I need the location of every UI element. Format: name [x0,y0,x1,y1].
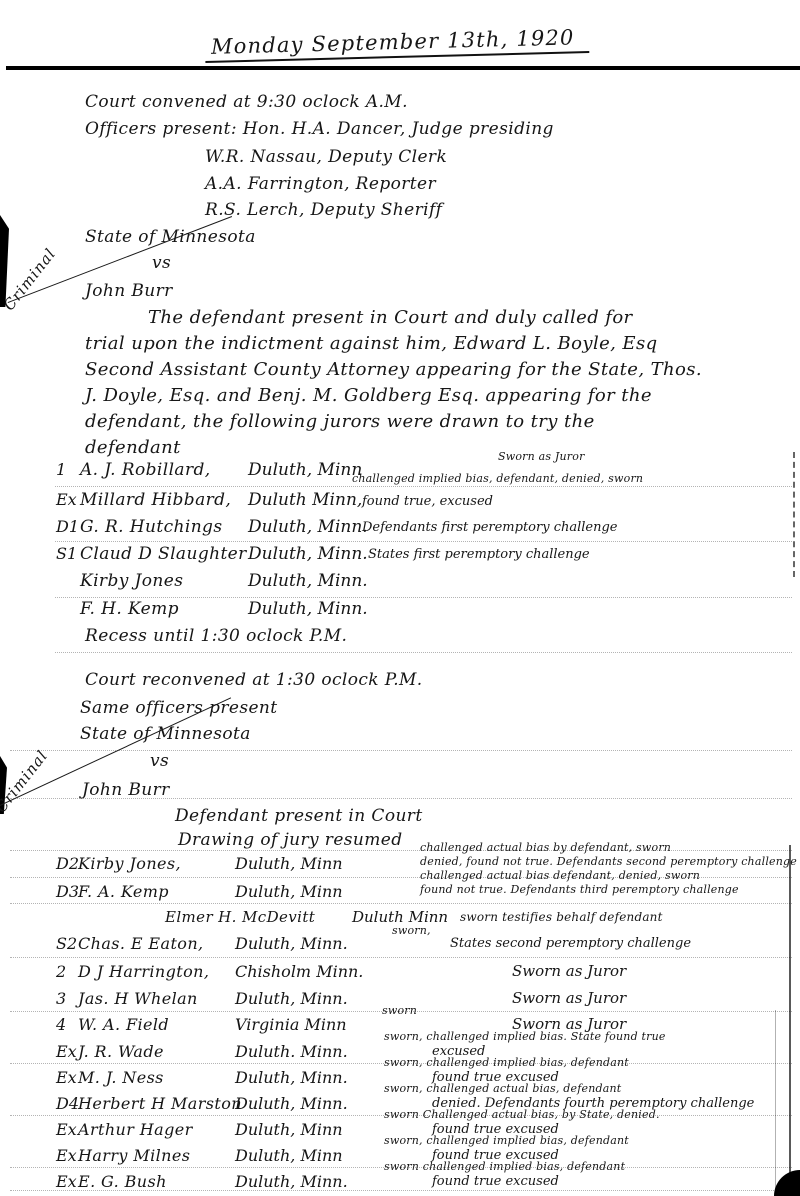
juror-city: Duluth. Minn. [235,1042,348,1061]
juror-city: Duluth, Minn. [235,1068,348,1087]
juror-row: D1 G. R. Hutchings Duluth, Minn. Defenda… [0,517,800,541]
juror-number: 3 [56,989,66,1008]
juror-city: Duluth, Minn. [248,599,368,619]
juror-name: Jas. H Whelan [78,989,198,1008]
juror-number: Ex [56,1120,77,1139]
juror-name: J. R. Wade [78,1042,164,1061]
juror-name: D J Harrington, [78,962,209,981]
paragraph-line: trial upon the indictment against him, E… [85,333,658,354]
ruled-line [55,652,792,653]
juror-city: Duluth, Minn [235,1120,343,1139]
juror-note-above: challenged actual bias defendant, denied… [420,869,700,882]
juror-row: 1 A. J. Robillard, Duluth, Minn Sworn as… [0,460,800,484]
juror-name: F. H. Kemp [80,599,179,619]
juror-row: S2 Chas. E Eaton, Duluth, Minn. sworn, S… [0,934,800,958]
margin-note-criminal-1: Criminal [0,245,59,314]
case-party-defendant: John Burr [85,281,173,301]
juror-city: Chisholm Minn. [235,962,363,981]
juror-name: Arthur Hager [78,1120,193,1139]
case-party-defendant: John Burr [82,780,170,800]
juror-city: Duluth, Minn. [248,544,368,564]
case-vs: vs [152,253,171,273]
juror-row: Kirby Jones Duluth, Minn. [0,571,800,595]
juror-note: Sworn as Juror [512,989,626,1007]
juror-row: 2 D J Harrington, Chisholm Minn. Sworn a… [0,962,800,986]
juror-name: F. A. Kemp [78,882,169,901]
ruled-line [55,486,792,487]
juror-number: Ex [56,1068,77,1087]
juror-note: found not true. Defendants third perempt… [420,883,739,896]
juror-number: Ex [56,1042,77,1061]
juror-name: E. G. Bush [78,1172,167,1191]
same-officers-line: Same officers present [80,698,278,718]
juror-number: D3 [56,882,79,901]
witness-note: sworn testifies behalf defendant [460,910,663,924]
juror-number: D4 [56,1094,79,1113]
juror-number: Ex [56,1172,77,1191]
juror-city: Duluth, Minn [248,460,362,480]
juror-row: S1 Claud D Slaughter Duluth, Minn. State… [0,544,800,568]
juror-row: Ex E. G. Bush Duluth, Minn. sworn challe… [0,1172,800,1196]
juror-name: G. R. Hutchings [80,517,222,537]
juror-note-above: sworn, challenged implied bias, defendan… [384,1056,629,1069]
ruled-line [10,850,792,851]
juror-name: Harry Milnes [78,1146,190,1165]
juror-city: Duluth Minn, [248,490,362,510]
page-top-rule [6,66,800,70]
officer-line: A.A. Farrington, Reporter [205,174,436,194]
juror-note-above: sworn [382,1004,417,1017]
juror-note: Defendants first peremptory challenge [362,520,618,535]
case-party-state: State of Minnesota [85,227,256,247]
court-reconvened-line: Court reconvened at 1:30 oclock P.M. [85,670,423,690]
date-heading: Monday September 13th, 1920 [205,25,589,63]
paragraph-line: The defendant present in Court and duly … [148,307,633,328]
juror-name: M. J. Ness [78,1068,164,1087]
scanned-court-minutes-page: Monday September 13th, 1920 Criminal Cri… [0,0,800,1196]
paragraph-line: defendant, the following jurors were dra… [85,411,595,432]
juror-note-above: challenged actual bias by defendant, swo… [420,841,671,854]
juror-note-above: sworn, challenged actual bias, defendant [384,1082,621,1095]
officers-present-line: Officers present: Hon. H.A. Dancer, Judg… [85,119,554,139]
recess-line: Recess until 1:30 oclock P.M. [85,626,347,646]
ruled-line [10,750,792,751]
juror-city: Duluth, Minn. [248,571,368,591]
juror-note-above: sworn, challenged implied bias, defendan… [384,1134,629,1147]
juror-name: Claud D Slaughter [80,544,247,564]
ruled-line [55,597,792,598]
juror-row: D3 F. A. Kemp Duluth, Minn challenged ac… [0,882,800,906]
case-party-state: State of Minnesota [80,724,251,744]
juror-note: denied, found not true. Defendants secon… [420,855,797,868]
juror-number: 2 [56,962,66,981]
juror-note-above: sworn, challenged implied bias. State fo… [384,1030,666,1043]
juror-note-above: Sworn as Juror [498,450,585,463]
juror-note: found true, excused [362,494,493,509]
juror-name: Chas. E Eaton, [78,934,204,953]
juror-note-above: sworn challenged implied bias, defendant [384,1160,625,1173]
juror-city: Duluth, Minn [235,854,343,873]
juror-city: Duluth, Minn. [235,934,348,953]
juror-name: W. A. Field [78,1015,169,1034]
margin-note-criminal-2: Criminal [0,747,51,816]
defendant-present-line: Defendant present in Court [175,806,423,826]
juror-row: Ex Millard Hibbard, Duluth Minn, found t… [0,490,800,514]
juror-number: S2 [56,934,77,953]
juror-city: Duluth, Minn [235,882,343,901]
juror-name: Herbert H Marston [78,1094,242,1113]
juror-city: Duluth, Minn. [235,1094,348,1113]
juror-note: challenged implied bias, defendant, deni… [352,472,643,485]
witness-name: Elmer H. McDevitt [165,908,315,926]
juror-number: 4 [56,1015,66,1034]
juror-city: Duluth, Minn. [248,517,368,537]
juror-number: 1 [56,460,66,479]
juror-note: States first peremptory challenge [368,547,590,562]
juror-city: Duluth, Minn [235,1146,343,1165]
juror-note: Sworn as Juror [512,962,626,980]
juror-number: S1 [56,544,77,563]
juror-note: found true excused [432,1174,559,1189]
juror-note: States second peremptory challenge [450,936,691,951]
juror-city: Virginia Minn [235,1015,347,1034]
officer-line: R.S. Lerch, Deputy Sheriff [205,200,442,220]
juror-city: Duluth, Minn. [235,1172,348,1191]
court-convened-line: Court convened at 9:30 oclock A.M. [85,92,408,112]
juror-name: A. J. Robillard, [80,460,211,480]
ruled-line [55,541,792,542]
juror-name: Kirby Jones, [78,854,181,873]
paragraph-line: J. Doyle, Esq. and Benj. M. Goldberg Esq… [85,385,652,406]
drawing-resumed-line: Drawing of jury resumed [178,830,403,850]
juror-note-above: sworn, [392,924,431,937]
juror-name: Millard Hibbard, [80,490,231,510]
juror-number: Ex [56,490,77,509]
juror-number: Ex [56,1146,77,1165]
case-vs: vs [150,751,169,771]
paragraph-line: defendant [85,437,181,458]
juror-number: D1 [56,517,79,536]
juror-city: Duluth, Minn. [235,989,348,1008]
juror-note-above: sworn Challenged actual bias, by State, … [384,1108,660,1121]
juror-number: D2 [56,854,79,873]
paragraph-line: Second Assistant County Attorney appeari… [85,359,702,380]
officer-line: W.R. Nassau, Deputy Clerk [205,147,447,167]
juror-row: F. H. Kemp Duluth, Minn. [0,599,800,623]
juror-name: Kirby Jones [80,571,183,591]
